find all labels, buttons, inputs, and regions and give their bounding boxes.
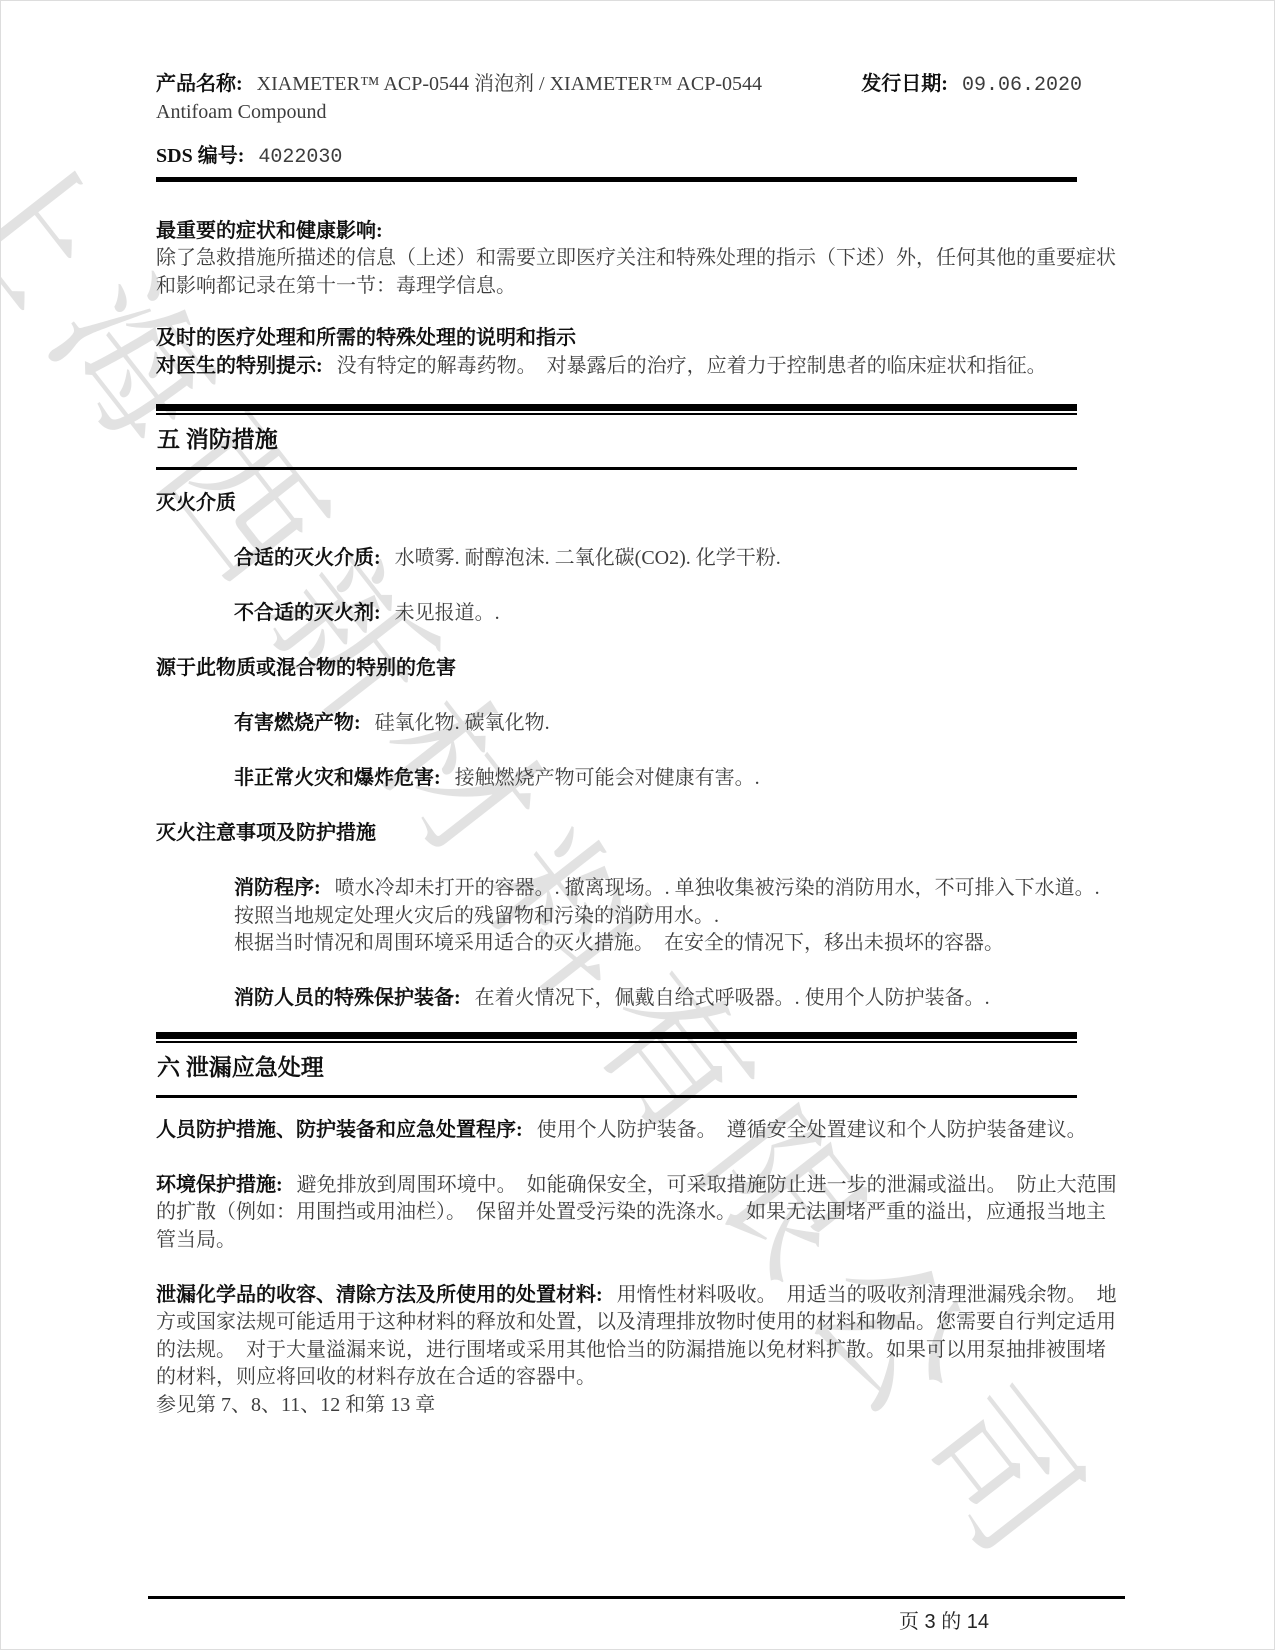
suitable-media-label: 合适的灭火介质: [234, 547, 381, 569]
unsuitable-media-text: 未见报道。. [386, 602, 500, 624]
sds-number-value: 4022030 [249, 146, 342, 169]
combustion-products-row: 有害燃烧产物: 硅氧化物. 碳氧化物. [234, 710, 1122, 738]
page-header: 产品名称: XIAMETER™ ACP-0544 消泡剂 / XIAMETER™… [156, 71, 1122, 126]
unusual-hazards-label: 非正常火灾和爆炸危害: [234, 767, 441, 789]
unusual-hazards-text: 接触燃烧产物可能会对健康有害。. [446, 767, 760, 789]
doctor-note-row: 对医生的特别提示: 没有特定的解毒药物。 对暴露后的治疗，应着力于控制患者的临床… [156, 353, 1122, 381]
personal-precautions-text: 使用个人防护装备。 遵循安全处置建议和个人防护装备建议。 [528, 1119, 1087, 1141]
protective-equipment-label: 消防人员的特殊保护装备: [234, 987, 461, 1009]
issue-date-label: 发行日期: [861, 73, 948, 95]
section-reference-line: 参见第 7、8、11、12 和第 13 章 [156, 1392, 1122, 1420]
combustion-products-label: 有害燃烧产物: [234, 712, 361, 734]
personal-precautions-row: 人员防护措施、防护装备和应急处置程序: 使用个人防护装备。 遵循安全处置建议和个… [156, 1117, 1122, 1145]
personal-precautions-label: 人员防护措施、防护装备和应急处置程序: [156, 1119, 523, 1141]
special-hazards-heading: 源于此物质或混合物的特别的危害 [156, 655, 1122, 683]
combustion-products-text: 硅氧化物. 碳氧化物. [366, 712, 550, 734]
environmental-precautions-label: 环境保护措施: [156, 1174, 283, 1196]
footer-rule [148, 1596, 1125, 1599]
environmental-precautions-text: 避免排放到周围环境中。 如能确保安全，可采取措施防止进一步的泄漏或溢出。 防止大… [156, 1174, 1117, 1251]
product-name-label: 产品名称: [156, 73, 243, 95]
suitable-media-row: 合适的灭火介质: 水喷雾. 耐醇泡沫. 二氧化碳(CO2). 化学干粉. [234, 545, 1122, 573]
unsuitable-media-label: 不合适的灭火剂: [234, 602, 381, 624]
section-6-bottom-line [156, 1095, 1077, 1098]
section-5-header: 五 消防措施 [156, 404, 1077, 470]
unsuitable-media-row: 不合适的灭火剂: 未见报道。. [234, 600, 1122, 628]
sds-number-block: SDS 编号: 4022030 [156, 143, 1122, 172]
sds-document-page: 上海西新材料有限公司 产品名称: XIAMETER™ ACP-0544 消泡剂 … [0, 0, 1275, 1650]
medical-treatment-heading: 及时的医疗处理和所需的特殊处理的说明和指示 [156, 325, 1122, 353]
protective-equipment-text: 在着火情况下，佩戴自给式呼吸器。. 使用个人防护装备。. [466, 987, 990, 1009]
fire-procedures-row: 消防程序: 喷水冷却未打开的容器。. 撤离现场。. 单独收集被污染的消防用水，不… [234, 875, 1122, 958]
issue-date-value: 09.06.2020 [953, 74, 1082, 97]
firefighting-precautions-heading: 灭火注意事项及防护措施 [156, 820, 1122, 848]
product-name-value-line2: Antifoam Compound [156, 101, 327, 123]
unusual-hazards-row: 非正常火灾和爆炸危害: 接触燃烧产物可能会对健康有害。. [234, 765, 1122, 793]
product-name-value: XIAMETER™ ACP-0544 消泡剂 / XIAMETER™ ACP-0… [248, 73, 762, 95]
fire-procedures-text: 喷水冷却未打开的容器。. 撤离现场。. 单独收集被污染的消防用水，不可排入下水道… [234, 877, 1100, 954]
extinguishing-media-heading: 灭火介质 [156, 490, 1122, 518]
symptoms-heading: 最重要的症状和健康影响: [156, 218, 1122, 246]
section-5-bottom-line [156, 467, 1077, 470]
product-name-block: 产品名称: XIAMETER™ ACP-0544 消泡剂 / XIAMETER™… [156, 71, 861, 126]
symptoms-paragraph: 除了急救措施所描述的信息（上述）和需要立即医疗关注和特殊处理的指示（下述）外，任… [156, 245, 1122, 300]
sds-number-label: SDS 编号: [156, 145, 244, 167]
section-6-header: 六 泄漏应急处理 [156, 1032, 1077, 1098]
header-rule [156, 177, 1077, 182]
issue-date-block: 发行日期: 09.06.2020 [861, 71, 1082, 126]
page-number: 页 3 的 14 [899, 1605, 989, 1634]
page-content: 产品名称: XIAMETER™ ACP-0544 消泡剂 / XIAMETER™… [156, 1, 1122, 1419]
protective-equipment-row: 消防人员的特殊保护装备: 在着火情况下，佩戴自给式呼吸器。. 使用个人防护装备。… [234, 985, 1122, 1013]
section-6-title: 六 泄漏应急处理 [156, 1043, 1077, 1095]
containment-cleanup-label: 泄漏化学品的收容、清除方法及所使用的处置材料: [156, 1284, 603, 1306]
suitable-media-text: 水喷雾. 耐醇泡沫. 二氧化碳(CO2). 化学干粉. [386, 547, 781, 569]
doctor-note-label: 对医生的特别提示: [156, 355, 323, 377]
section-5-title: 五 消防措施 [156, 415, 1077, 467]
containment-cleanup-row: 泄漏化学品的收容、清除方法及所使用的处置材料: 用惰性材料吸收。 用适当的吸收剂… [156, 1282, 1122, 1392]
environmental-precautions-row: 环境保护措施: 避免排放到周围环境中。 如能确保安全，可采取措施防止进一步的泄漏… [156, 1172, 1122, 1255]
doctor-note-text: 没有特定的解毒药物。 对暴露后的治疗，应着力于控制患者的临床症状和指征。 [328, 355, 1047, 377]
fire-procedures-label: 消防程序: [234, 877, 321, 899]
